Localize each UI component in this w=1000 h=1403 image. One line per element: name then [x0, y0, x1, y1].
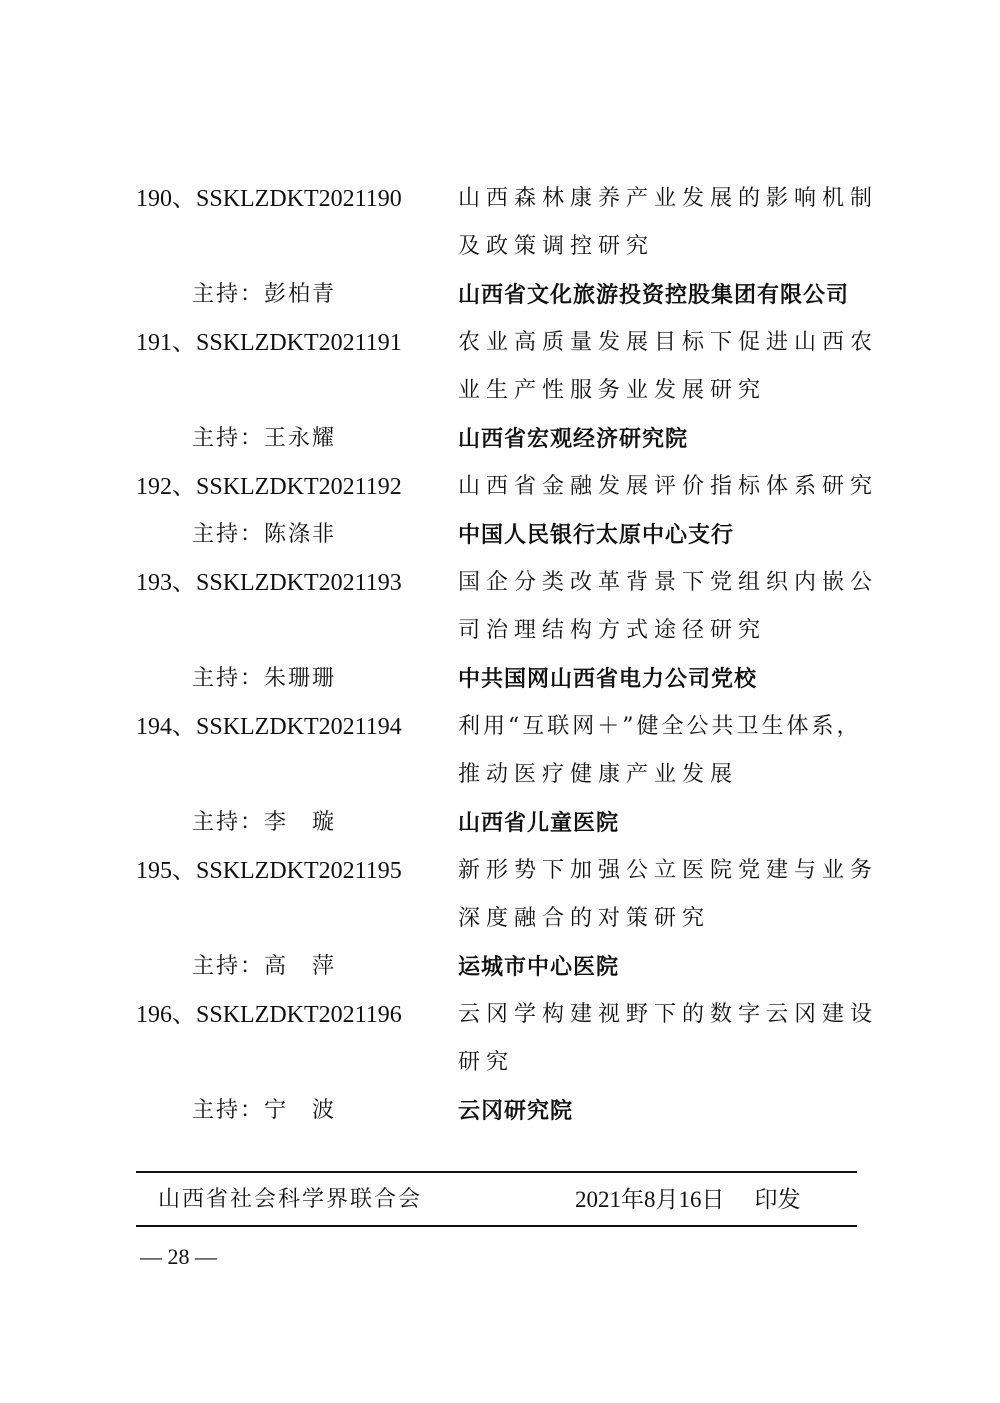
project-entry: 190、SSKLZDKT2021190山西森林康养产业发展的影响机制 及政策调控… [0, 175, 1000, 319]
project-number: 191、SSKLZDKT2021191 [136, 319, 402, 367]
project-title-line: 云冈学构建视野下的数字云冈建设 [458, 991, 858, 1039]
project-number: 192、SSKLZDKT2021192 [136, 463, 402, 511]
host-organization: 中共国网山西省电力公司党校 [458, 655, 757, 703]
host-organization: 云冈研究院 [458, 1087, 573, 1135]
project-title-line: 业生产性服务业发展研究 [458, 367, 858, 415]
project-list: 190、SSKLZDKT2021190山西森林康养产业发展的影响机制 及政策调控… [0, 175, 1000, 1135]
project-title-line: 利用“互联网＋”健全公共卫生体系， [458, 703, 858, 751]
footer-bottom-rule [136, 1225, 857, 1227]
host-organization: 中国人民银行太原中心支行 [458, 511, 734, 559]
project-entry: 195、SSKLZDKT2021195新形势下加强公立医院党建与业务 深度融合的… [0, 847, 1000, 991]
project-number: 193、SSKLZDKT2021193 [136, 559, 402, 607]
project-title-line: 深度融合的对策研究 [458, 895, 858, 943]
project-title-line: 山西森林康养产业发展的影响机制 [458, 175, 858, 223]
host-name: 主持：彭柏青 [192, 271, 336, 319]
host-organization: 山西省宏观经济研究院 [458, 415, 688, 463]
host-name: 主持：李 璇 [192, 799, 336, 847]
issue-action: 印发 [755, 1187, 801, 1212]
host-organization: 运城市中心医院 [458, 943, 619, 991]
project-title-line: 农业高质量发展目标下促进山西农 [458, 319, 858, 367]
issue-date-value: 2021年8月16日 [575, 1187, 725, 1212]
host-name: 主持：朱珊珊 [192, 655, 336, 703]
project-title-line: 新形势下加强公立医院党建与业务 [458, 847, 858, 895]
project-entry: 191、SSKLZDKT2021191农业高质量发展目标下促进山西农 业生产性服… [0, 319, 1000, 463]
issue-date: 2021年8月16日印发 [575, 1182, 801, 1218]
project-entry: 193、SSKLZDKT2021193国企分类改革背景下党组织内嵌公 司治理结构… [0, 559, 1000, 703]
project-title-line: 山西省金融发展评价指标体系研究 [458, 463, 858, 511]
project-title-line: 司治理结构方式途径研究 [458, 607, 858, 655]
project-number: 195、SSKLZDKT2021195 [136, 847, 402, 895]
project-entry: 196、SSKLZDKT2021196云冈学构建视野下的数字云冈建设 研究 主持… [0, 991, 1000, 1135]
project-number: 196、SSKLZDKT2021196 [136, 991, 402, 1039]
project-title-line: 研究 [458, 1039, 858, 1087]
host-organization: 山西省文化旅游投资控股集团有限公司 [458, 271, 849, 319]
host-organization: 山西省儿童医院 [458, 799, 619, 847]
project-entry: 194、SSKLZDKT2021194利用“互联网＋”健全公共卫生体系， 推动医… [0, 703, 1000, 847]
host-name: 主持：宁 波 [192, 1087, 336, 1135]
issuing-organization: 山西省社会科学界联合会 [158, 1182, 422, 1218]
host-name: 主持：陈涤非 [192, 511, 336, 559]
project-entry: 192、SSKLZDKT2021192山西省金融发展评价指标体系研究 主持：陈涤… [0, 463, 1000, 559]
project-number: 194、SSKLZDKT2021194 [136, 703, 402, 751]
project-title-line: 及政策调控研究 [458, 223, 858, 271]
host-name: 主持：高 萍 [192, 943, 336, 991]
project-title-line: 国企分类改革背景下党组织内嵌公 [458, 559, 858, 607]
project-number: 190、SSKLZDKT2021190 [136, 175, 402, 223]
footer-top-rule [136, 1171, 857, 1173]
project-title-line: 推动医疗健康产业发展 [458, 751, 858, 799]
page-number: — 28 — [140, 1242, 217, 1272]
host-name: 主持：王永耀 [192, 415, 336, 463]
